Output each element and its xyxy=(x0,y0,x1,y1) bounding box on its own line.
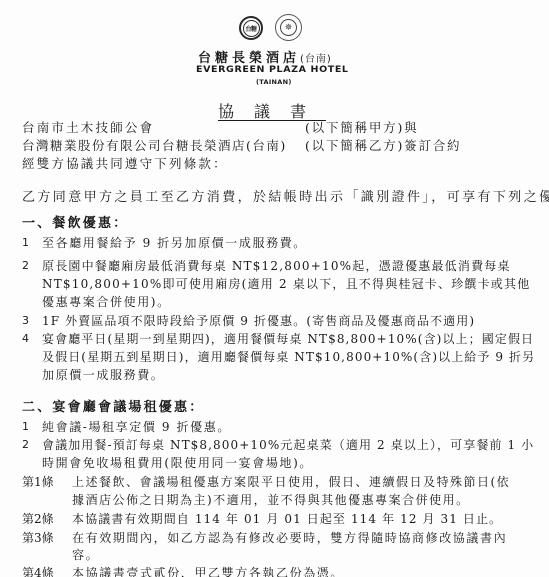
section1-heading: 一、餐飲優惠： xyxy=(22,212,128,231)
article3-label: 第3條 xyxy=(22,529,54,546)
s1-item3-text: 1F 外賣區品項不限時段給予原價 9 折優惠。(寄售商品及優惠商品不適用) xyxy=(42,312,475,329)
taisugar-logo: 台糖 xyxy=(239,16,263,40)
s1-item2-line2: NT$10,800+10%即可使用廂房(適用 2 桌以下，且不得與桂冠卡、珍饌卡… xyxy=(42,275,530,292)
article3-line2: 容。 xyxy=(72,546,99,563)
s1-item1-number: 1 xyxy=(22,236,29,249)
evergreen-emblem-icon: ✵ xyxy=(275,14,302,41)
party-a-name: 台南市土木技師公會 xyxy=(22,118,154,136)
emblem-star-icon: ✵ xyxy=(280,19,297,36)
s1-item2-line3: 優惠專案合併使用)。 xyxy=(42,293,171,310)
article4-label: 第4條 xyxy=(22,564,54,577)
hotel-name-en-sub: (TAINAN) xyxy=(256,78,292,86)
s2-item1-number: 1 xyxy=(22,420,29,433)
s1-item4-line2: 及假日(星期五到星期日)，適用廳餐價每桌 NT$10,800+10%(含)以上給… xyxy=(42,348,535,365)
s1-item4-number: 4 xyxy=(22,332,29,345)
s2-item1-text: 純會議-場租享定價 9 折優惠。 xyxy=(42,418,231,435)
hotel-name-en: EVERGREEN PLAZA HOTEL xyxy=(196,65,349,75)
article1-line1: 上述餐飲、會議場租優惠方案限平日使用，假日、連續假日及特殊節日(依 xyxy=(72,473,510,490)
article2-text: 本協議書有效期間自 114 年 01 月 01 日起至 114 年 12 月 3… xyxy=(72,510,502,527)
s1-item2-line1: 原長園中餐廳廂房最低消費每桌 NT$12,800+10%起，憑證優惠最低消費每桌 xyxy=(42,257,511,274)
article2-label: 第2條 xyxy=(22,510,54,527)
section2-heading: 二、宴會廳會議場租優惠： xyxy=(22,396,204,415)
s1-item2-number: 2 xyxy=(22,259,29,272)
taisugar-logo-text: 台糖 xyxy=(243,20,260,37)
article1-line2: 據酒店公佈之日期為主)不適用，並不得與其他優惠專案合併使用。 xyxy=(72,491,470,508)
intro-text: 乙方同意甲方之員工至乙方消費，於結帳時出示「識別證件」，可享有下列之優惠： xyxy=(22,186,549,205)
hotel-name-cn: 台糖長榮酒店(台南) xyxy=(198,47,332,66)
agreement-line: 經雙方協議共同遵守下列條款： xyxy=(22,154,228,172)
article3-line1: 在有效期間內，如乙方認為有修改必要時，雙方得隨時協商修改協議書內 xyxy=(72,529,507,546)
s2-item2-line2: 時開會免收場租費用(限使用同一宴會場地)。 xyxy=(42,454,313,471)
party-b-name: 台灣糖業股份有限公司台糖長榮酒店(台南) xyxy=(22,136,287,154)
s1-item4-line3: 加原價一成服務費。 xyxy=(42,366,164,383)
s1-item1-text: 至各廳用餐給予 9 折另加原價一成服務費。 xyxy=(42,234,307,251)
s2-item2-number: 2 xyxy=(22,438,29,451)
s1-item4-line1: 宴會廳平日(星期一到星期四)，適用餐價每桌 NT$8,800+10%(含)以上；… xyxy=(42,330,534,347)
party-a-alias: (以下簡稱甲方)與 xyxy=(305,118,418,136)
hotel-name-cn-sub: (台南) xyxy=(300,54,332,65)
party-b-alias: (以下簡稱乙方)簽訂合約 xyxy=(305,136,461,154)
article4-text: 本協議書壹式貳份，甲乙雙方各執乙份為憑。 xyxy=(72,564,344,577)
s1-item3-number: 3 xyxy=(22,314,29,327)
article1-label: 第1條 xyxy=(22,473,54,490)
s2-item2-line1: 會議加用餐-預訂每桌 NT$8,800+10%元起桌菜（適用 2 桌以上），可享… xyxy=(42,436,534,453)
